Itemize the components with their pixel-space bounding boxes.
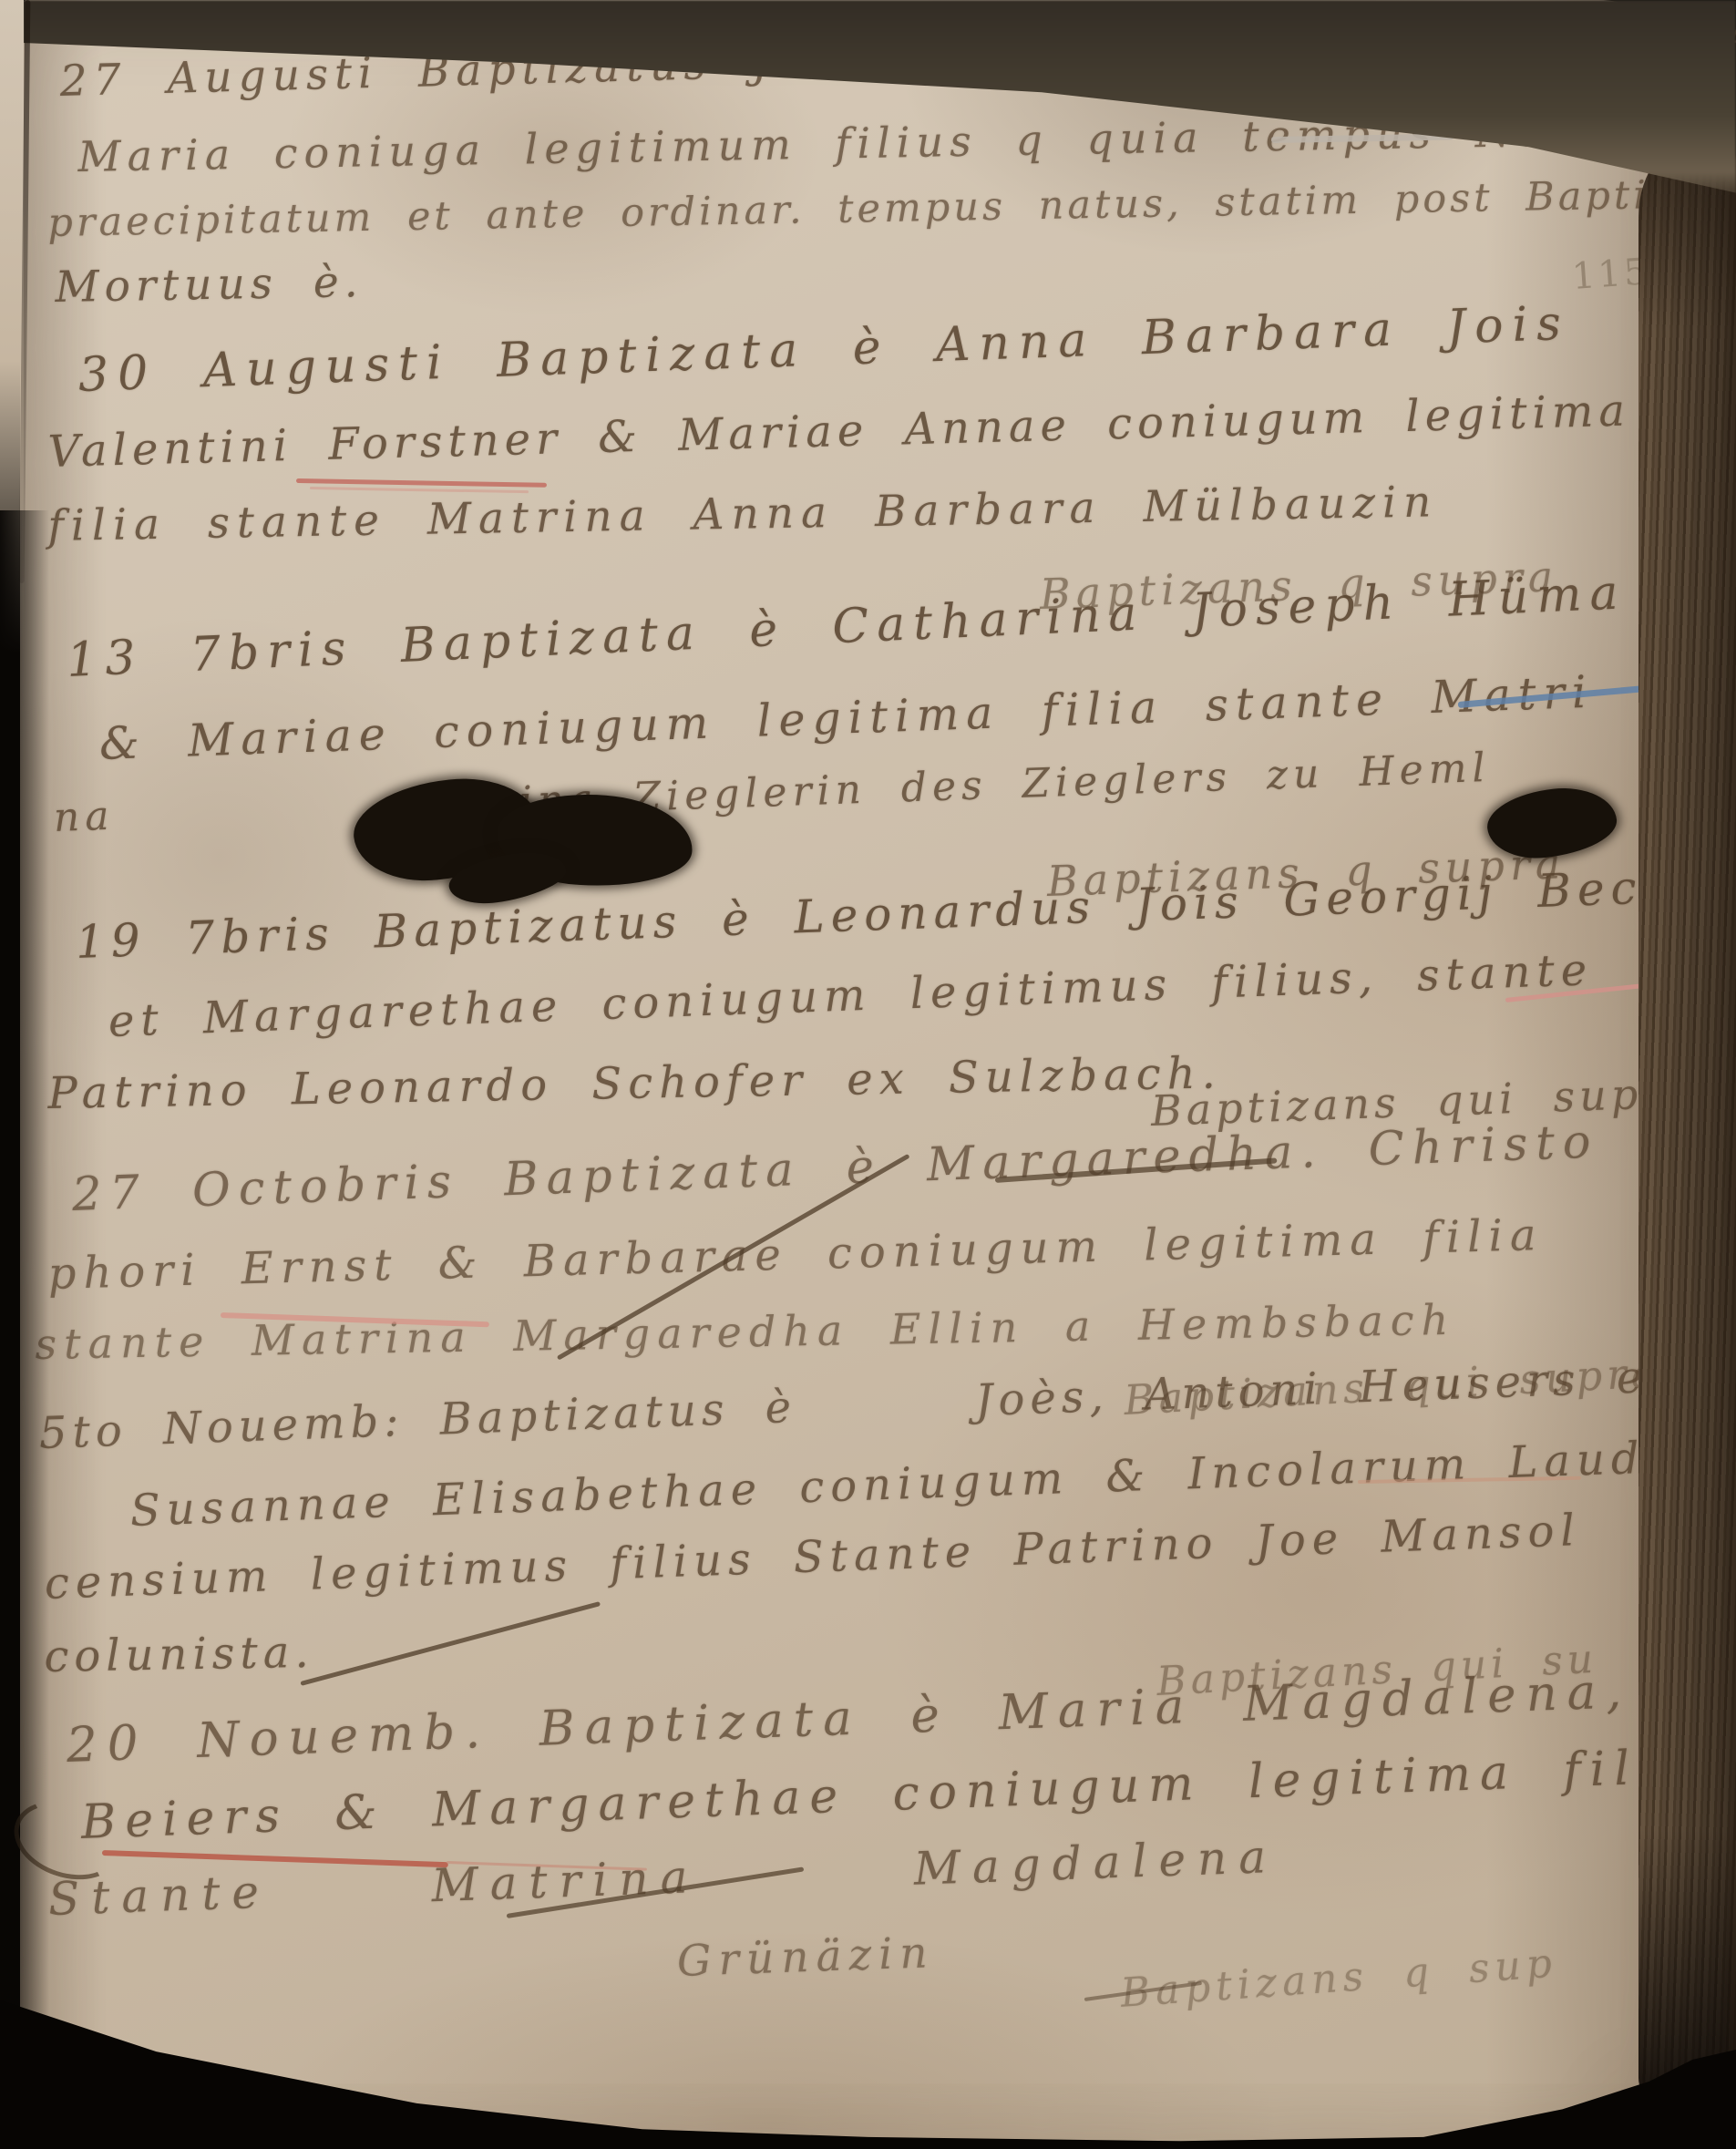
book-fore-edge-pages [1638,135,1736,2105]
scanned-book-photo: 27 Augusti Baptizatus Joes Joes Georgij … [0,0,1736,2149]
binding-gutter-shadow [0,510,49,2051]
manuscript-page [20,0,1686,2144]
